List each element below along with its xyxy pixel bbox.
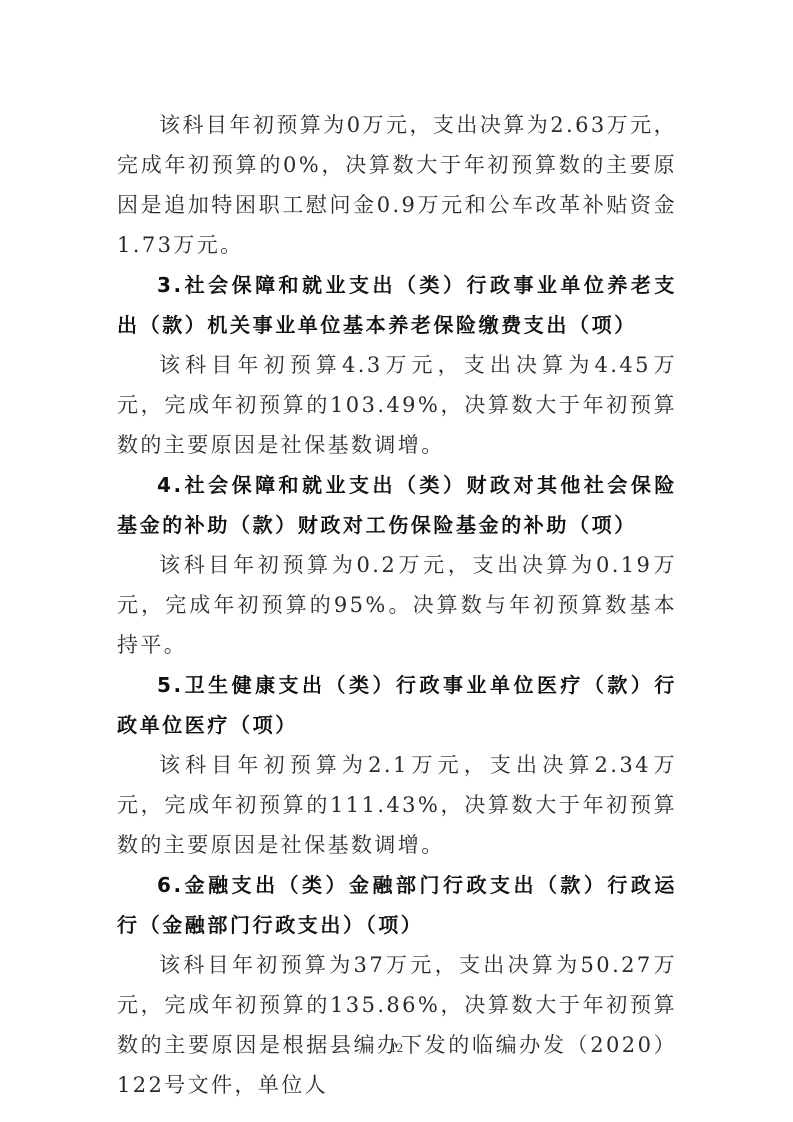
- document-page: 该科目年初预算为0万元，支出决算为2.63万元，完成年初预算的0%，决算数大于年…: [117, 105, 677, 1105]
- section-heading-6: 6.金融支出（类）金融部门行政支出（款）行政运行（金融部门行政支出）（项）: [117, 865, 677, 945]
- section-heading-3: 3.社会保障和就业支出（类）行政事业单位养老支出（款）机关事业单位基本养老保险缴…: [117, 265, 677, 345]
- paragraph-item-2-expense: 该科目年初预算为0万元，支出决算为2.63万元，完成年初预算的0%，决算数大于年…: [117, 105, 677, 265]
- paragraph-section-6: 该科目年初预算为37万元，支出决算为50.27万元，完成年初预算的135.86%…: [117, 945, 677, 1105]
- section-heading-4: 4.社会保障和就业支出（类）财政对其他社会保险基金的补助（款）财政对工伤保险基金…: [117, 465, 677, 545]
- section-heading-5: 5.卫生健康支出（类）行政事业单位医疗（款）行政单位医疗（项）: [117, 665, 677, 745]
- page-number: 12: [0, 1040, 793, 1056]
- paragraph-section-5: 该科目年初预算为2.1万元，支出决算2.34万元，完成年初预算的111.43%，…: [117, 745, 677, 865]
- paragraph-section-4: 该科目年初预算为0.2万元，支出决算为0.19万元，完成年初预算的95%。决算数…: [117, 545, 677, 665]
- paragraph-section-3: 该科目年初预算4.3万元，支出决算为4.45万元，完成年初预算的103.49%，…: [117, 345, 677, 465]
